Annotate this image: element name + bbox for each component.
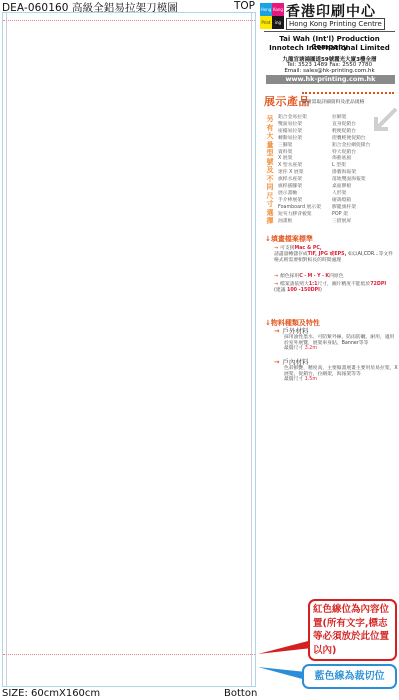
vchar: 尺: [265, 192, 275, 201]
highlight: C・M・Y・K: [299, 274, 329, 279]
material-name: 戶內材料: [282, 358, 308, 366]
file-standard-item: →可支援Mac & PC, 請盡量轉儲存成TIF, JPG 或EPS, 如以AI…: [274, 246, 396, 264]
vchar: 同: [265, 183, 275, 192]
text: (建議: [274, 288, 287, 293]
safe-zone-bottom-line: [3, 654, 255, 655]
product-item: 鋁合金易拉架: [278, 115, 338, 122]
sidebar: Hong Kong Print ing 香港印刷中心 Hong Kong Pri…: [260, 0, 399, 600]
company-name-2: Innotech International Limited: [260, 44, 399, 52]
logo: Hong Kong Print ing 香港印刷中心 Hong Kong Pri…: [260, 1, 399, 31]
product-item: POP 架: [332, 212, 396, 219]
material-description: 色彩鮮艷，精度高，主要做畫展畫主要用於易拉架，X展架，促銷台，拉網架，海報架等等: [284, 366, 398, 377]
size-value: 3.2m: [305, 346, 317, 351]
product-item: 雙面易拉架: [278, 122, 338, 129]
black-block: ing: [272, 16, 284, 29]
products-subtitle: 數箇需取詳細資料及產品規格: [302, 98, 364, 105]
vchar: 號: [265, 158, 275, 167]
products-left-column: 鋁合金易拉架 雙面易拉架 座檯易拉架 轉動易拉架 三腳架 資料架 X 展架 X …: [278, 115, 338, 226]
logo-divider: [264, 31, 395, 32]
size-value: 1.5m: [305, 377, 317, 382]
size-label: SIZE: 60cmX160cm: [2, 688, 100, 699]
text: ): [320, 288, 322, 293]
product-item: 三摺展屏: [332, 219, 396, 226]
inner-right-guide: [251, 13, 252, 686]
company-website[interactable]: www.hk-printing.com.hk: [266, 75, 395, 84]
size-label: 最闊尺寸: [284, 346, 303, 351]
file-standard-item: →檔案請依照大1:1尺寸，圖片精度不能低於72DPI (建議 100 -150D…: [274, 282, 396, 294]
product-item: 三腳架: [278, 143, 338, 150]
product-item: 旗桿插腳架: [278, 184, 338, 191]
bottom-label: Botton: [224, 688, 257, 699]
highlight: 72DPI: [370, 282, 386, 287]
products-right-column: 拉網架 直身促銷台 輕便促銷台 摺疊輕便促銷台 鋁合金拉網促銷台 特大促銷台 佈…: [332, 115, 396, 226]
material-item-outdoor: →戶外材料 採用油性墨水，可防紫外線，防雨防曬，耐用，適用於室外展覽，展架車身貼…: [274, 327, 398, 352]
arrow-right-icon: →: [274, 327, 279, 335]
product-item: 膠籠旗杆架: [332, 205, 396, 212]
product-item: 展示畫軸: [278, 191, 338, 198]
top-label: TOP: [234, 0, 255, 12]
callout-safe-zone: 紅色線位為內容位置(所有文字,標志等必須放於此位置以內): [308, 599, 397, 661]
highlight: Mac & PC,: [294, 246, 321, 251]
material-name: 戶外材料: [282, 327, 308, 335]
cmyk-logo-icon: Hong Kong Print ing: [260, 3, 284, 29]
text: 顏色採用: [280, 274, 299, 279]
size-label: 最闊尺寸: [284, 377, 303, 382]
text: 請盡量轉儲存成: [274, 252, 308, 257]
vchar: 量: [265, 141, 275, 150]
arrow-right-icon: →: [274, 274, 278, 279]
vchar: 寸: [265, 200, 275, 209]
inner-left-guide: [6, 13, 7, 686]
file-standards-title: ↓填畫檔案標準: [265, 234, 313, 244]
cyan-block: Hong: [260, 3, 272, 16]
logo-english-name: Hong Kong Printing Centre: [286, 18, 385, 30]
safe-zone-top-line: [3, 20, 255, 21]
product-item: 桌面膠板: [332, 184, 396, 191]
product-item: 座檯易拉架: [278, 129, 338, 136]
vchar: 有: [265, 124, 275, 133]
product-item: 碰鴿燈箱: [332, 198, 396, 205]
vchar: 大: [265, 132, 275, 141]
company-email: Email: sales@hk-printing.com.hk: [260, 68, 399, 74]
arrow-right-icon: →: [274, 358, 279, 366]
product-item: 輕便促銷台: [332, 129, 396, 136]
vchar: 選: [265, 209, 275, 218]
product-item: 直身促銷台: [332, 122, 396, 129]
highlight: 100 -150DPI: [287, 288, 320, 293]
product-item: 油畫框: [278, 219, 338, 226]
vchar: 另: [265, 115, 275, 124]
arrow-right-icon: →: [274, 246, 278, 251]
vchar: 不: [265, 175, 275, 184]
product-item: 短夾力膠背板架: [278, 212, 338, 219]
text: 可支援: [280, 246, 294, 251]
product-item: 鋁合金拉網促銷台: [332, 143, 396, 150]
products-vertical-label: 另 有 大 量 型 號 及 不 同 尺 寸 選 擇: [265, 115, 275, 226]
text: 檔案請依照大: [280, 282, 309, 287]
magenta-block: Kong: [272, 3, 284, 16]
vchar: 及: [265, 166, 275, 175]
text: 四原色: [329, 274, 343, 279]
die-cut-frame: [2, 12, 256, 687]
vchar: 擇: [265, 217, 275, 226]
text: 尺寸，圖片精度不能低於: [317, 282, 370, 287]
product-item: 人形架: [332, 191, 396, 198]
material-description: 採用油性墨水，可防紫外線，防雨防曬，耐用，適用於室外展覽，展架車身貼，Banne…: [284, 335, 398, 346]
product-item: Foamboard 展示架: [278, 205, 338, 212]
callout-trim-line: 藍色線為裁切位: [302, 664, 397, 689]
highlight: TIF, JPG 或EPS,: [308, 252, 347, 257]
product-item: 轉動易拉架: [278, 136, 338, 143]
material-item-indoor: →戶內材料 色彩鮮艷，精度高，主要做畫展畫主要用於易拉架，X展架，促銷台，拉網架…: [274, 358, 398, 383]
vchar: 型: [265, 149, 275, 158]
product-item: 摺疊輕便促銷台: [332, 136, 396, 143]
file-standard-item: →顏色採用C・M・Y・K四原色: [274, 274, 396, 280]
products-dotted-line: [302, 92, 394, 94]
yellow-block: Print: [260, 16, 272, 29]
product-item: 拉網架: [332, 115, 396, 122]
product-item: 手介棒展架: [278, 198, 338, 205]
arrow-right-icon: →: [274, 282, 278, 287]
